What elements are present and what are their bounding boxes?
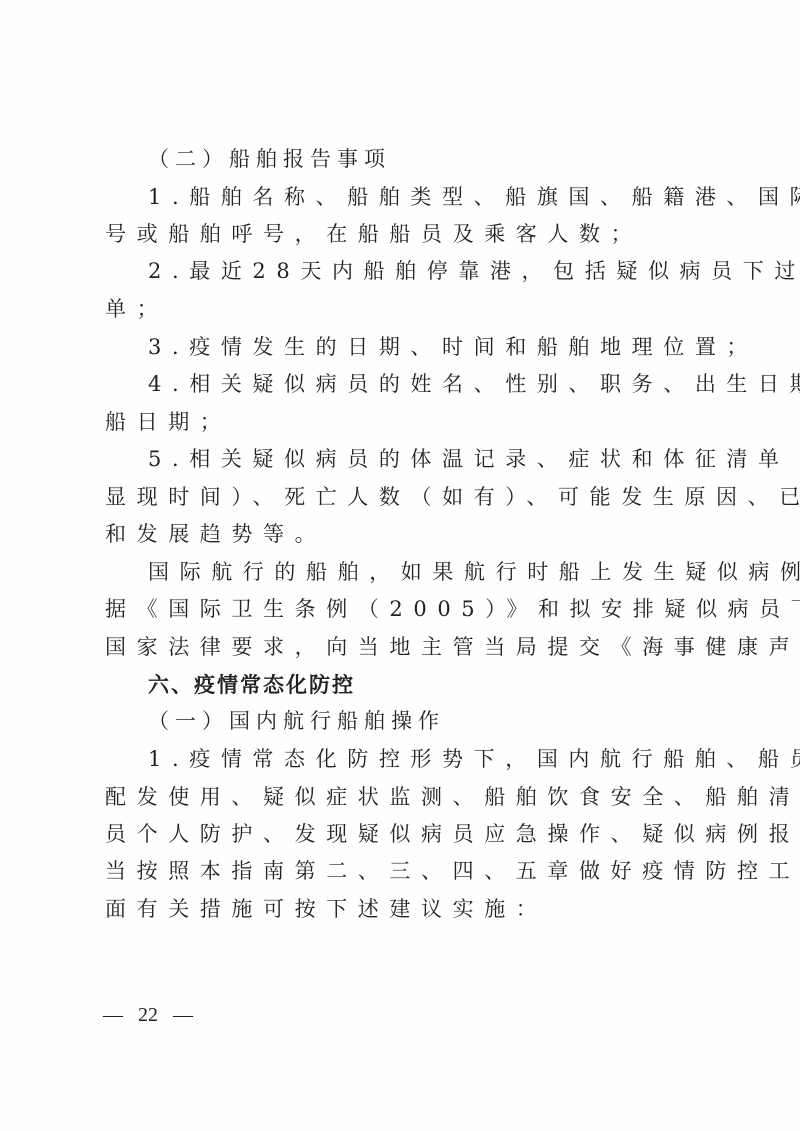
paragraph-line: 国际航行的船舶，如果航行时船上发生疑似病例，应当根 [148, 554, 748, 591]
paragraph-line: 5.相关疑似病员的体温记录、症状和体征清单（包括各症状 [148, 441, 748, 478]
page-number: — 22 — [103, 1004, 193, 1027]
paragraph-line: 船日期； [105, 404, 705, 441]
paragraph-line: 当按照本指南第二、三、四、五章做好疫情防控工作，其它方 [105, 853, 705, 890]
section-subheading-domestic-ships: （一）国内航行船舶操作 [148, 703, 748, 740]
paragraph-line: 据《国际卫生条例（2005）》和拟安排疑似病员下船港口所在 [105, 591, 705, 628]
paragraph-line: 显现时间）、死亡人数（如有）、可能发生原因、已采取措施 [105, 479, 705, 516]
paragraph-line: 3.疫情发生的日期、时间和船舶地理位置； [148, 329, 748, 366]
paragraph-line: 配发使用、疑似症状监测、船舶饮食安全、船舶清洁消毒、船 [105, 779, 705, 816]
paragraph-line: 1.疫情常态化防控形势下，国内航行船舶、船员在防疫物资 [148, 741, 748, 778]
document-page: （二）船舶报告事项 1.船舶名称、船舶类型、船旗国、船籍港、国际海事组织编 号或… [0, 0, 800, 1131]
section-heading-normalized-prevention: 六、疫情常态化防控 [148, 667, 748, 704]
paragraph-line: 4.相关疑似病员的姓名、性别、职务、出生日期、国籍和登 [148, 366, 748, 403]
paragraph-line: 面有关措施可按下述建议实施： [105, 891, 705, 928]
section-subheading-ship-reporting: （二）船舶报告事项 [148, 141, 748, 178]
paragraph-line: 单； [105, 291, 705, 328]
paragraph-line: 2.最近28天内船舶停靠港，包括疑似病员下过船的停靠港清 [148, 253, 748, 290]
paragraph-line: 和发展趋势等。 [105, 516, 705, 553]
paragraph-line: 1.船舶名称、船舶类型、船旗国、船籍港、国际海事组织编 [148, 179, 748, 216]
paragraph-line: 号或船舶呼号，在船船员及乘客人数； [105, 216, 705, 253]
paragraph-line: 员个人防护、发现疑似病员应急操作、疑似病例报告方面仍应 [105, 816, 705, 853]
paragraph-line: 国家法律要求，向当地主管当局提交《海事健康声明》。 [105, 629, 705, 666]
